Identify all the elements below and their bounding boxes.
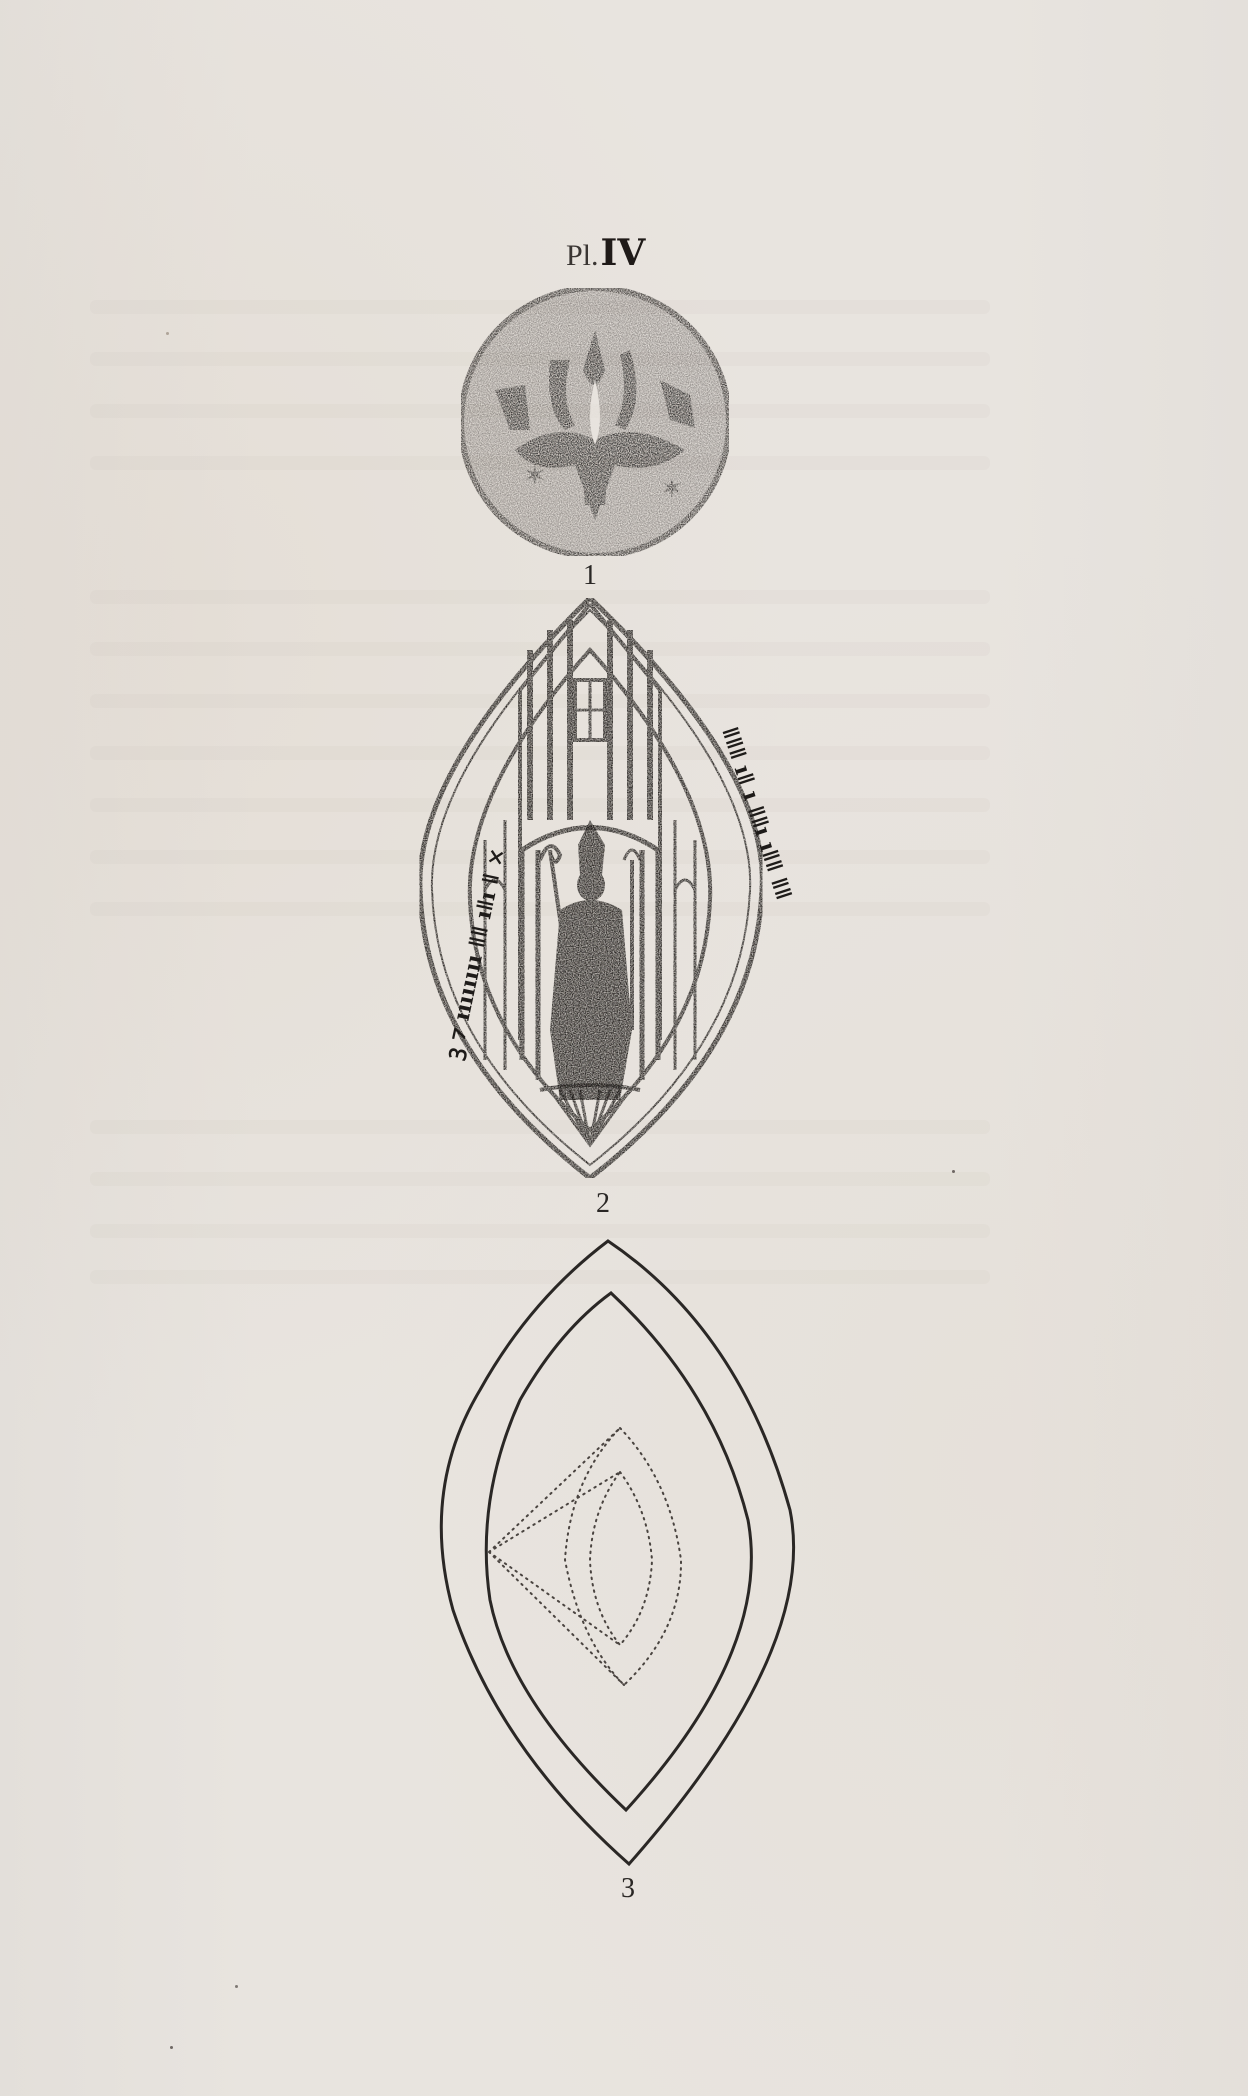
speck — [170, 2046, 173, 2049]
speck — [952, 1170, 955, 1173]
svg-text:✶: ✶ — [660, 472, 683, 505]
inner-border — [486, 1293, 751, 1810]
figure-1-round-seal: ✶ ✶ — [455, 280, 740, 565]
figure-1-label: 1 — [583, 560, 597, 592]
plate-number: IV — [601, 232, 646, 274]
figure-3-outline-diagram — [420, 1230, 820, 1880]
speck — [235, 1985, 238, 1988]
plate-prefix: Pl. — [566, 239, 599, 272]
foxing-spot — [166, 332, 169, 335]
figure-3-label: 3 — [621, 1873, 635, 1905]
figure-2-vesica-seal: ꝫ ⁊ ıııııııı ǁǁ ıǁı ǁ × ǁǁǁ ıǁ ı ǁǁı ıǁǁ… — [410, 590, 780, 1190]
svg-text:✶: ✶ — [523, 459, 546, 492]
legend-left: ꝫ ⁊ ıııııııı ǁǁ ıǁı ǁ × — [440, 845, 510, 1062]
dotted-vesica-small — [590, 1472, 652, 1645]
dotted-vesica-large — [565, 1428, 681, 1685]
plate-page: Pl.IV ✶ ✶ 1 — [0, 0, 1248, 2096]
figure-2-label: 2 — [596, 1188, 610, 1220]
plate-label: Pl.IV — [566, 232, 645, 274]
outer-border — [441, 1241, 793, 1864]
